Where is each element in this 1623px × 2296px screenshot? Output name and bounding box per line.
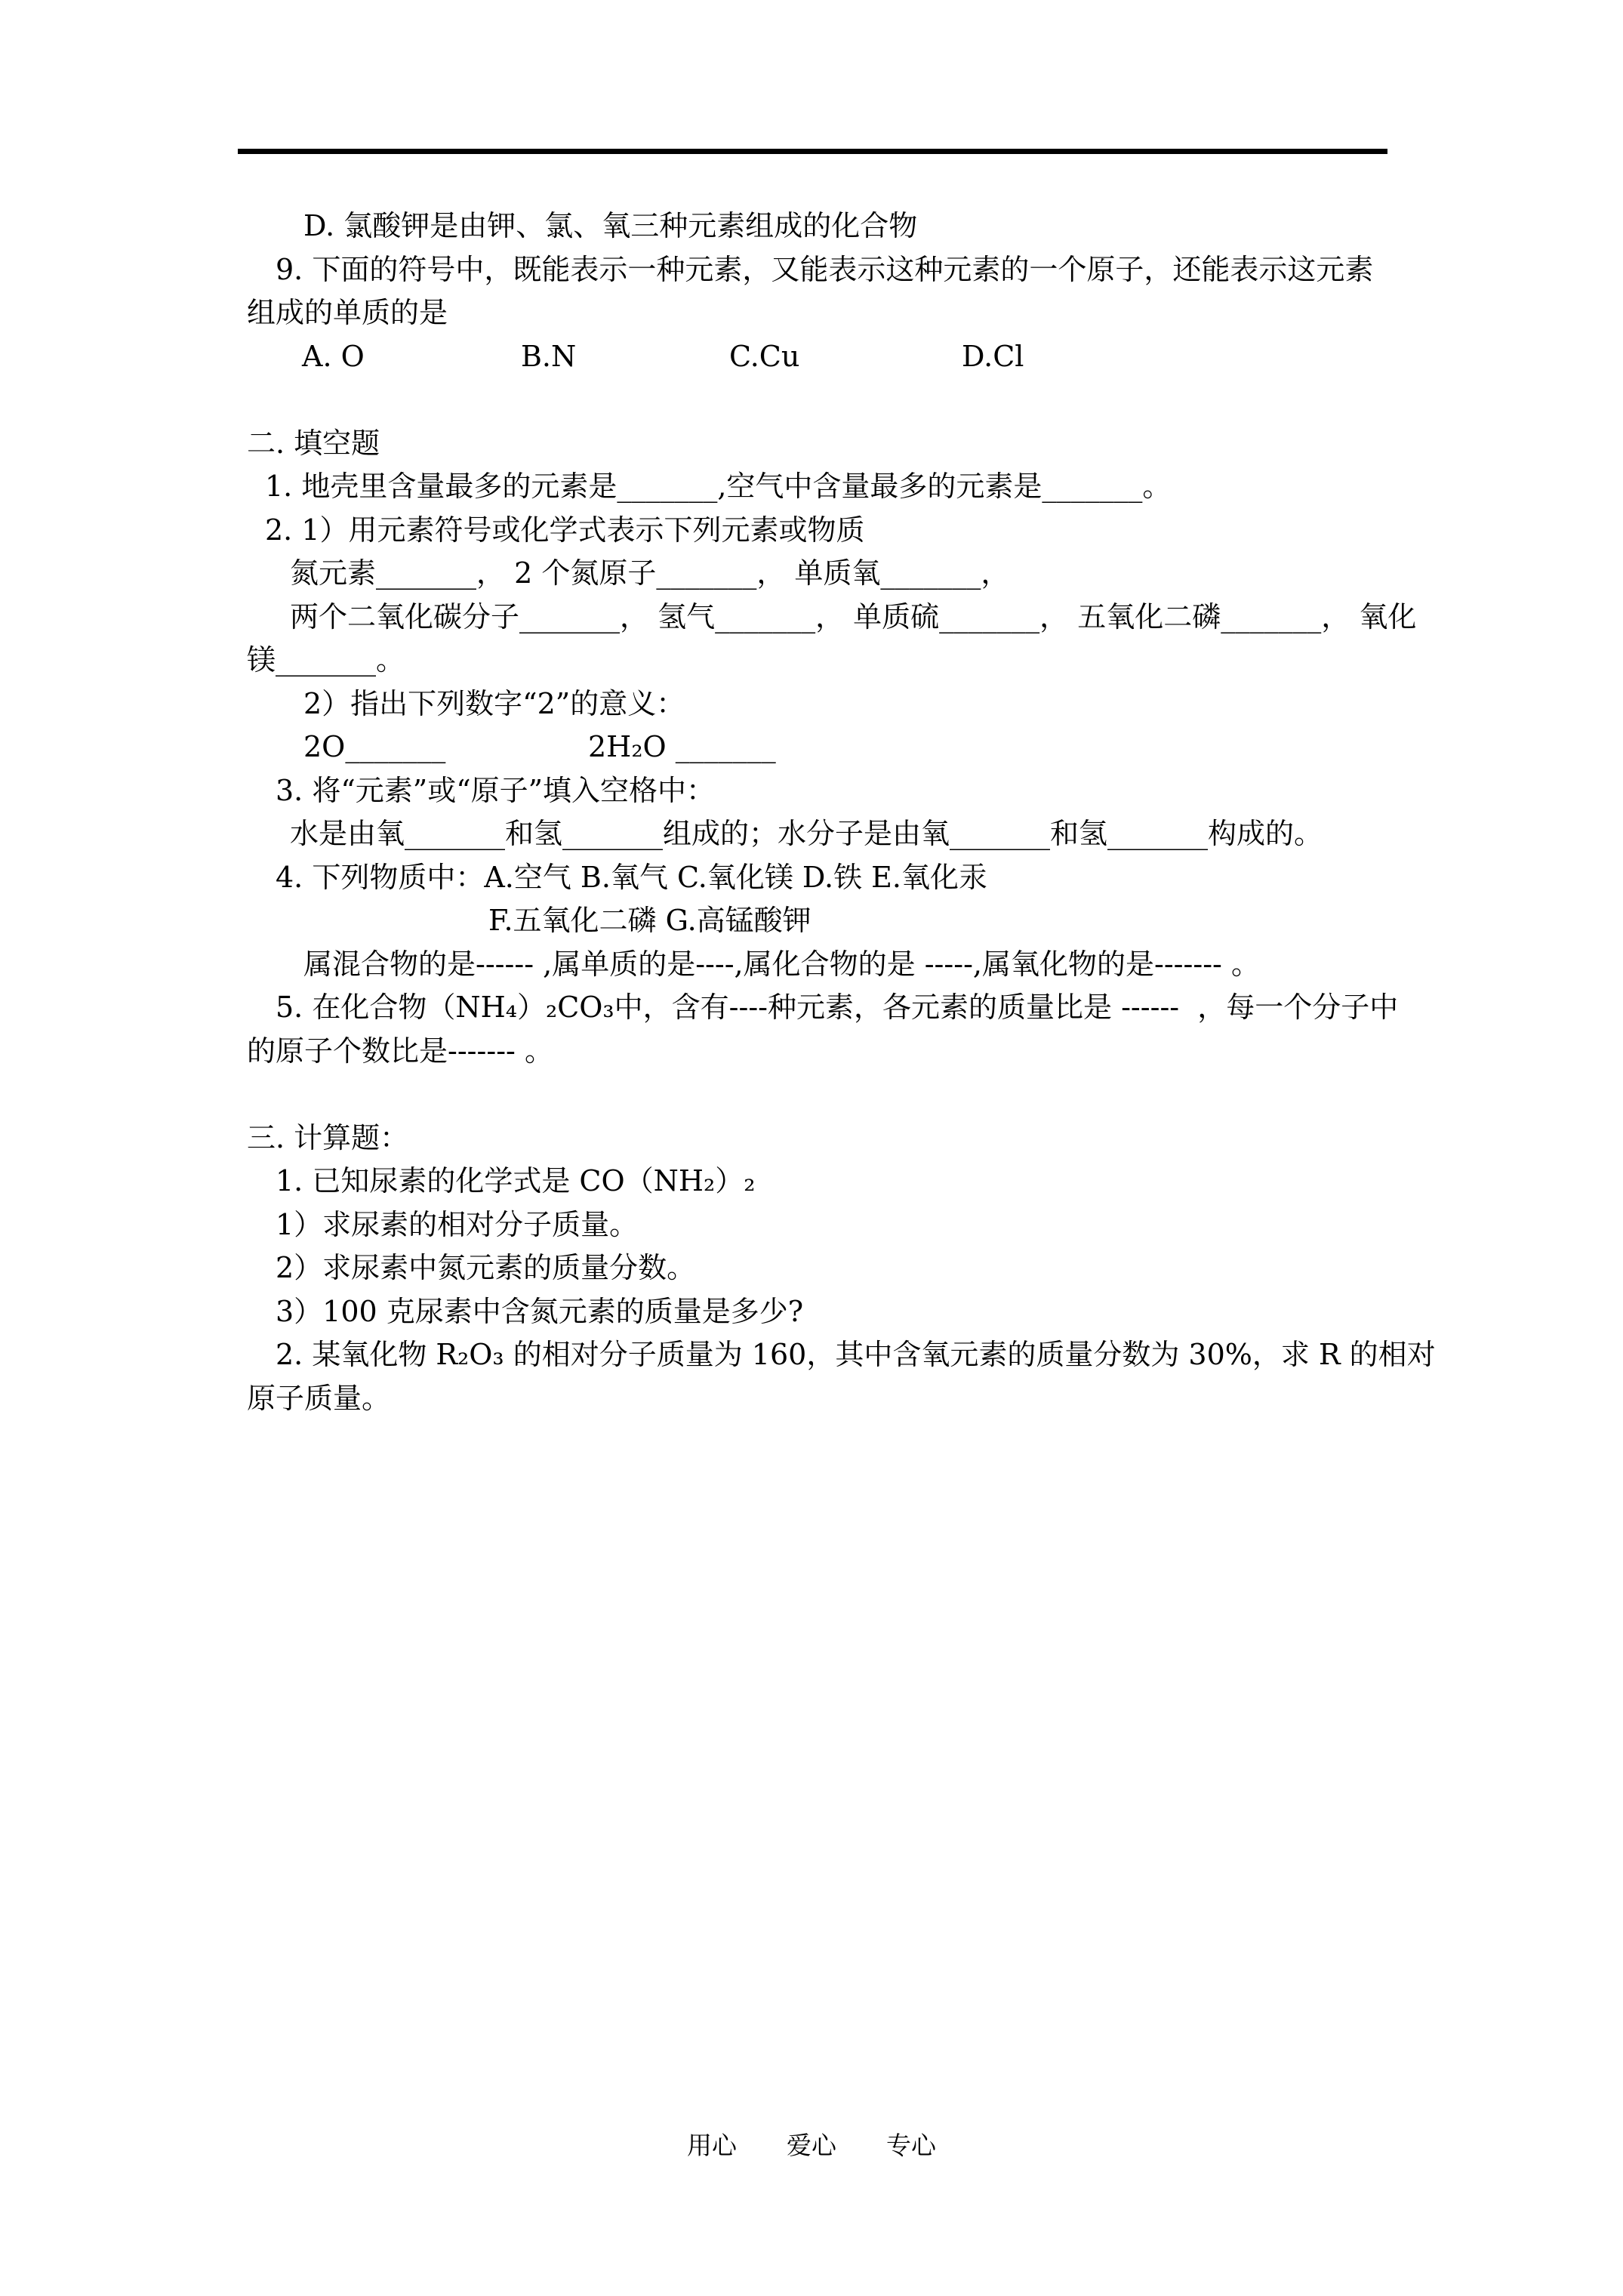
- calc-q1-part2: 2）求尿素中氮元素的质量分数。: [247, 1247, 1424, 1290]
- fill-q4-row2: F.五氧化二磷 G.高锰酸钾: [247, 899, 1424, 943]
- option-b: B.N: [521, 335, 576, 379]
- fill-q2-row3: 镁_______。: [247, 639, 1424, 683]
- fill-section-title: 二. 填空题: [247, 422, 1424, 466]
- fill-q5-line2: 的原子个数比是------- 。: [247, 1030, 1424, 1074]
- fill-q5-line1: 5. 在化合物（NH₄）₂CO₃中，含有----种元素，各元素的质量比是 ---…: [247, 986, 1424, 1030]
- question-9-options-row: A. O B.N C.Cu D.Cl: [247, 335, 1424, 379]
- option-a: A. O: [302, 335, 365, 379]
- fill-q2-sub2: 2）指出下列数字“2”的意义：: [247, 683, 1424, 726]
- fill-q2-intro: 2. 1）用元素符号或化学式表示下列元素或物质: [247, 509, 1424, 553]
- calc-q2-line1: 2. 某氧化物 R₂O₃ 的相对分子质量为 160，其中含氧元素的质量分数为 3…: [247, 1333, 1424, 1377]
- blank-2o: 2O_______: [303, 726, 445, 769]
- calc-q1-part1: 1）求尿素的相对分子质量。: [247, 1203, 1424, 1247]
- footer-word-3: 专心: [886, 2131, 936, 2161]
- option-c: C.Cu: [729, 335, 799, 379]
- footer-word-2: 爱心: [787, 2131, 836, 2161]
- fill-q2-row2: 两个二氧化碳分子_______， 氢气_______， 单质硫_______， …: [247, 596, 1424, 639]
- fill-q4-row3: 属混合物的是------ ,属单质的是----,属化合物的是 -----,属氧化…: [247, 943, 1424, 987]
- page-footer: 用心 爱心 专心: [0, 2131, 1623, 2161]
- footer-word-1: 用心: [687, 2131, 737, 2161]
- header-rule: [238, 149, 1387, 154]
- spacer: [247, 378, 1424, 422]
- calc-q1-part3: 3）100 克尿素中含氮元素的质量是多少?: [247, 1290, 1424, 1334]
- worksheet-page: D. 氯酸钾是由钾、氯、氧三种元素组成的化合物 9. 下面的符号中，既能表示一种…: [0, 0, 1623, 2296]
- choice-option-d: D. 氯酸钾是由钾、氯、氧三种元素组成的化合物: [247, 205, 1424, 248]
- fill-q1: 1. 地壳里含量最多的元素是_______,空气中含量最多的元素是_______…: [247, 465, 1424, 509]
- question-9-line2: 组成的单质的是: [247, 291, 1424, 335]
- fill-q4-row1: 4. 下列物质中：A.空气 B.氧气 C.氧化镁 D.铁 E.氧化汞: [247, 856, 1424, 900]
- option-d: D.Cl: [962, 335, 1024, 379]
- calc-section-title: 三. 计算题：: [247, 1117, 1424, 1160]
- question-9-line1: 9. 下面的符号中，既能表示一种元素，又能表示这种元素的一个原子，还能表示这元素: [247, 248, 1424, 292]
- fill-q2-blanks-row: 2O_______ 2H₂O _______: [247, 726, 1424, 769]
- calc-q2-line2: 原子质量。: [247, 1377, 1424, 1421]
- spacer: [247, 1073, 1424, 1117]
- document-body: D. 氯酸钾是由钾、氯、氧三种元素组成的化合物 9. 下面的符号中，既能表示一种…: [247, 205, 1424, 1420]
- blank-2h2o: 2H₂O _______: [588, 726, 776, 769]
- fill-q3-intro: 3. 将“元素”或“原子”填入空格中：: [247, 769, 1424, 813]
- calc-q1-intro: 1. 已知尿素的化学式是 CO（NH₂）₂: [247, 1160, 1424, 1203]
- fill-q3-row: 水是由氧_______和氢_______组成的；水分子是由氧_______和氢_…: [247, 812, 1424, 856]
- fill-q2-row1: 氮元素_______， 2 个氮原子_______， 单质氧_______，: [247, 552, 1424, 596]
